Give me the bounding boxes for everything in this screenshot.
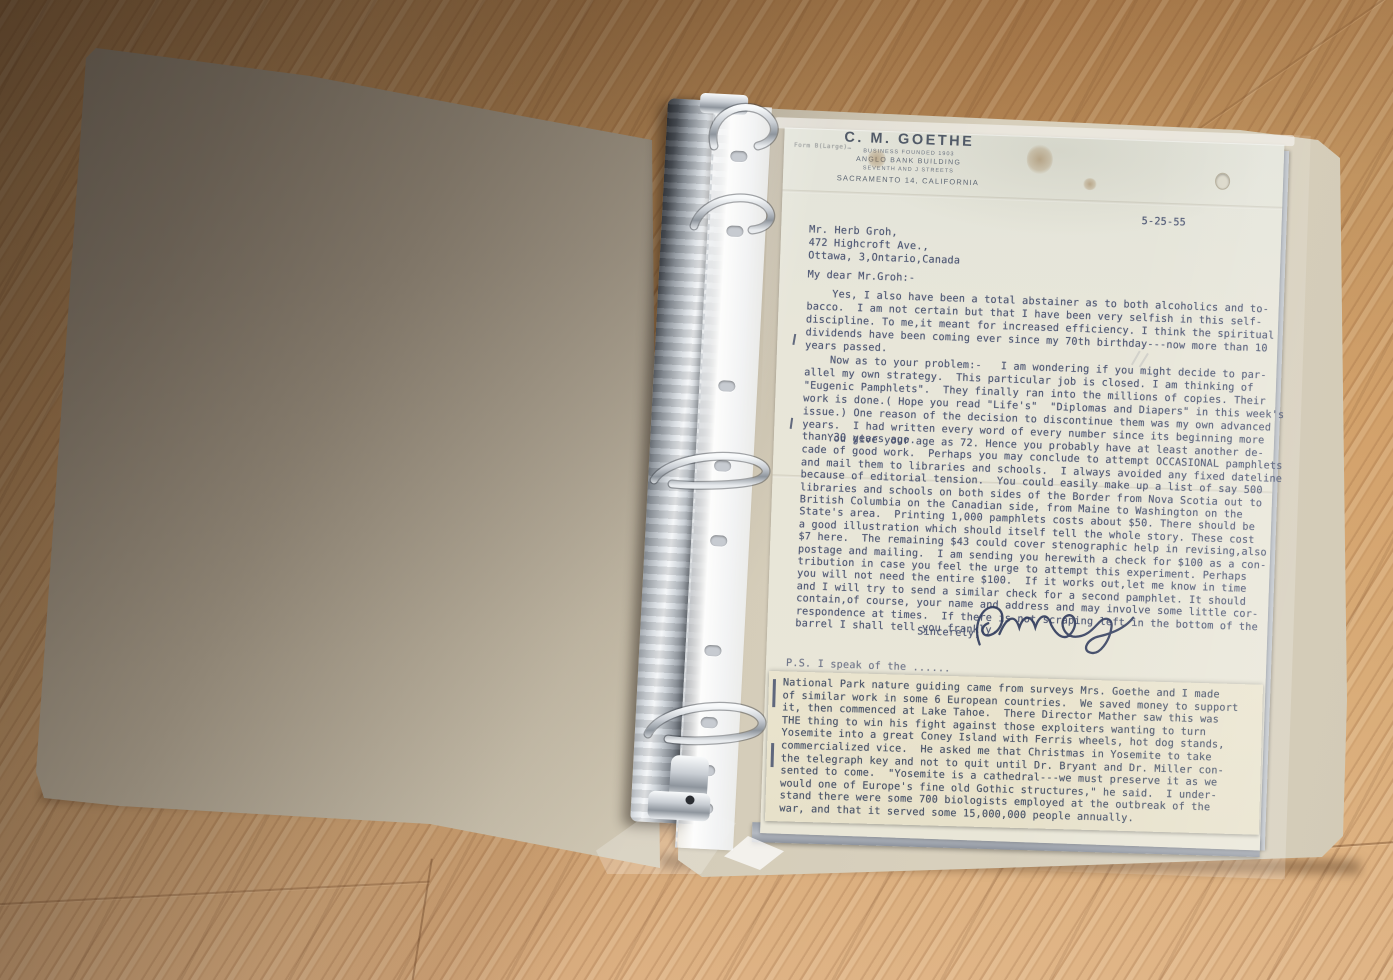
filing-hole xyxy=(1215,173,1231,191)
attached-note-slip: National Park nature guiding came from s… xyxy=(765,671,1263,835)
pen-margin-mark xyxy=(790,418,794,429)
paper-stain xyxy=(1026,144,1053,175)
binding-hole xyxy=(698,765,716,777)
recipient-address: Mr. Herb Groh, 472 Highcroft Ave., Ottaw… xyxy=(808,224,961,268)
salutation: My dear Mr.Groh:- xyxy=(807,269,915,286)
binding-hole xyxy=(704,645,722,657)
attachment-note-text: National Park nature guiding came from s… xyxy=(779,677,1253,829)
binding-hole xyxy=(696,803,714,815)
binding-hole xyxy=(730,150,748,162)
binding-hole xyxy=(700,717,718,729)
pen-margin-line xyxy=(771,743,775,767)
binding-hole xyxy=(718,380,736,392)
signature-goethe xyxy=(965,592,1141,667)
binding-hole xyxy=(710,535,728,547)
letterhead: C. M. GOETHE BUSINESS FOUNDED 1903 ANGLO… xyxy=(783,127,1035,189)
letter-date: 5-25-55 xyxy=(1141,216,1186,230)
binding-hole xyxy=(726,225,744,237)
photo-open-binder-letter: Form B(Large)… C. M. GOETHE BUSINESS FOU… xyxy=(0,0,1393,980)
pen-margin-line xyxy=(772,679,776,707)
sheet-protector-page: Form B(Large)… C. M. GOETHE BUSINESS FOU… xyxy=(745,117,1316,884)
fold-crease xyxy=(782,189,1282,209)
form-corner-note: Form B(Large)… xyxy=(794,140,852,155)
pen-margin-mark xyxy=(792,334,796,345)
paper-stain xyxy=(1083,178,1097,190)
binding-hole xyxy=(714,460,732,472)
